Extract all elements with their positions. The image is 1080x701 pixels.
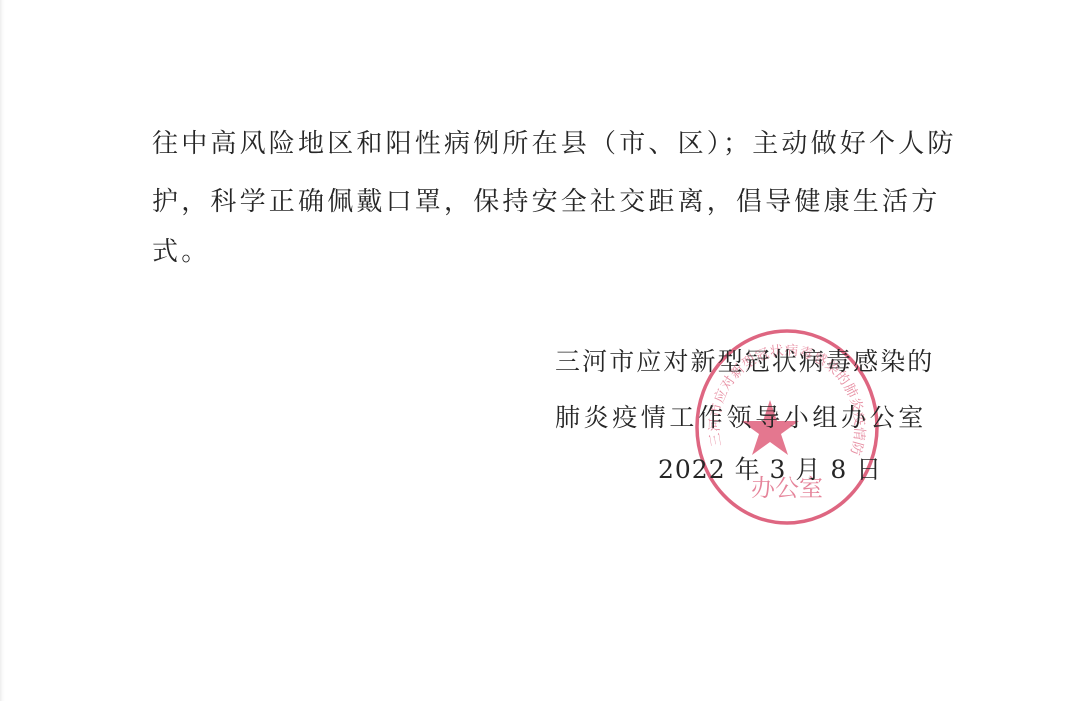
paragraph-line-1: 往中高风险地区和阳性病例所在县（市、区）；主动做好个人防 (152, 129, 957, 159)
signature-date: 2022 年 3 月 8 日 (658, 455, 882, 485)
paragraph-line-2: 护，科学正确佩戴口罩，保持安全社交距离，倡导健康生活方 (152, 187, 940, 217)
signature-org-line-2: 肺炎疫情工作领导小组办公室 (555, 403, 927, 433)
signature-org-line-1: 三河市应对新型冠状病毒感染的 (555, 347, 934, 377)
page-edge-shadow (0, 0, 5, 701)
paragraph-line-3: 式。 (152, 237, 210, 267)
